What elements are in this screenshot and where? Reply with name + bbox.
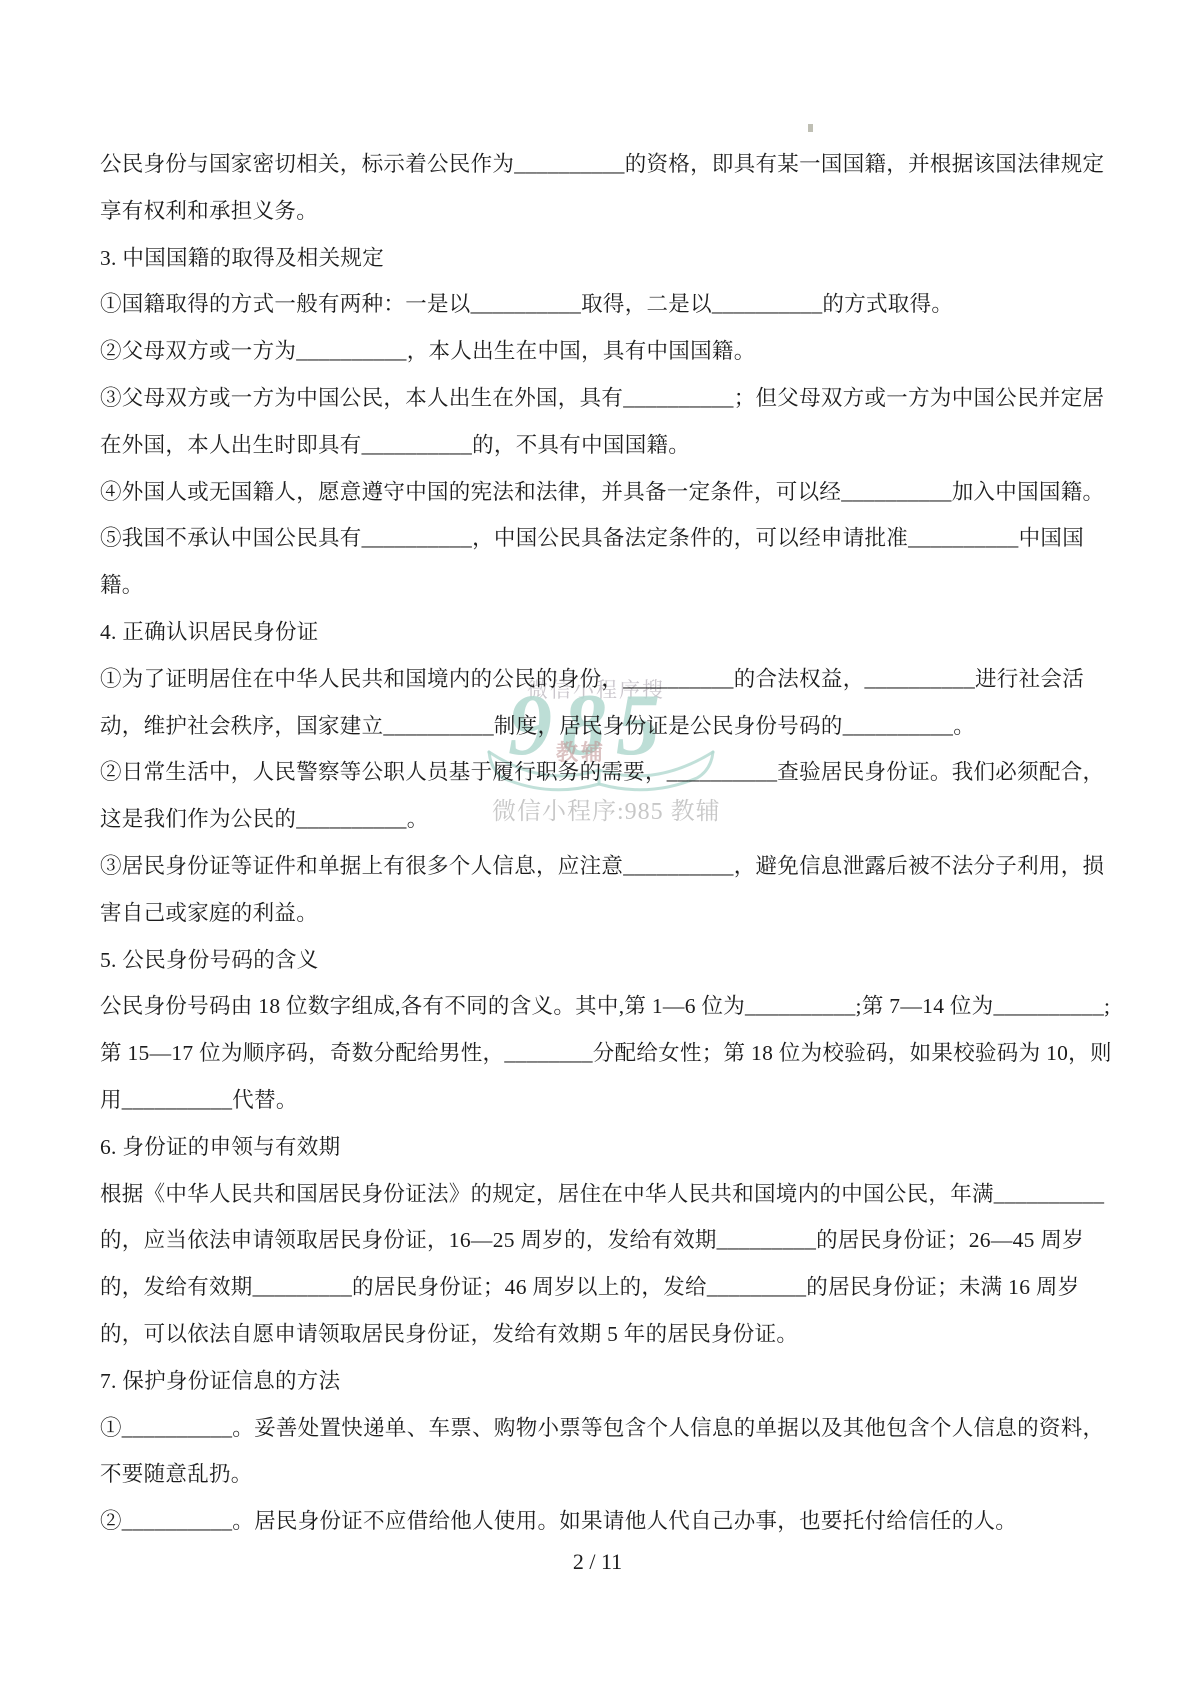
- text-line: 公民身份与国家密切相关，标示着公民作为__________的资格，即具有某一国国…: [100, 141, 1095, 188]
- text-line: 动，维护社会秩序，国家建立__________制度，居民身份证是公民身份号码的_…: [100, 703, 1095, 750]
- text-line: ③父母双方或一方为中国公民，本人出生在外国，具有__________；但父母双方…: [100, 375, 1095, 422]
- text-line: 籍。: [100, 562, 1095, 609]
- worksheet-body: 公民身份与国家密切相关，标示着公民作为__________的资格，即具有某一国国…: [100, 141, 1095, 1545]
- text-line: 不要随意乱扔。: [100, 1451, 1095, 1498]
- section-heading-7: 7. 保护身份证信息的方法: [100, 1358, 1095, 1405]
- text-line: ②__________。居民身份证不应借给他人使用。如果请他人代自己办事，也要托…: [100, 1498, 1095, 1545]
- text-line: ②父母双方或一方为__________，本人出生在中国，具有中国国籍。: [100, 328, 1095, 375]
- text-line: ②日常生活中，人民警察等公职人员基于履行职务的需要，__________查验居民…: [100, 749, 1095, 796]
- text-line: 用__________代替。: [100, 1077, 1095, 1124]
- text-line: ③居民身份证等证件和单据上有很多个人信息，应注意__________，避免信息泄…: [100, 843, 1095, 890]
- text-line: ④外国人或无国籍人，愿意遵守中国的宪法和法律，并具备一定条件，可以经______…: [100, 469, 1095, 516]
- section-heading-6: 6. 身份证的申领与有效期: [100, 1124, 1095, 1171]
- page-number: 2 / 11: [100, 1549, 1095, 1575]
- document-page: 微信小程序搜 985 教辅 微信小程序:985 教辅 公民身份与国家密切相关，标…: [0, 0, 1190, 1683]
- text-line: 在外国，本人出生时即具有__________的，不具有中国国籍。: [100, 422, 1095, 469]
- text-line: ⑤我国不承认中国公民具有__________，中国公民具备法定条件的，可以经申请…: [100, 515, 1095, 562]
- text-line: 害自己或家庭的利益。: [100, 890, 1095, 937]
- section-heading-5: 5. 公民身份号码的含义: [100, 937, 1095, 984]
- stray-speck: [808, 124, 813, 132]
- text-line: 的，发给有效期_________的居民身份证；46 周岁以上的，发给______…: [100, 1264, 1095, 1311]
- text-line: 的，应当依法申请领取居民身份证，16—25 周岁的，发给有效期_________…: [100, 1217, 1095, 1264]
- text-line: 公民身份号码由 18 位数字组成,各有不同的含义。其中,第 1—6 位为____…: [100, 983, 1095, 1030]
- text-line: 根据《中华人民共和国居民身份证法》的规定，居住在中华人民共和国境内的中国公民，年…: [100, 1171, 1095, 1218]
- text-line: 的，可以依法自愿申请领取居民身份证，发给有效期 5 年的居民身份证。: [100, 1311, 1095, 1358]
- text-line: ①为了证明居住在中华人民共和国境内的公民的身份，__________的合法权益，…: [100, 656, 1095, 703]
- text-line: ①国籍取得的方式一般有两种：一是以__________取得，二是以_______…: [100, 281, 1095, 328]
- section-heading-3: 3. 中国国籍的取得及相关规定: [100, 235, 1095, 282]
- text-line: 这是我们作为公民的__________。: [100, 796, 1095, 843]
- section-heading-4: 4. 正确认识居民身份证: [100, 609, 1095, 656]
- text-line: 享有权利和承担义务。: [100, 188, 1095, 235]
- text-line: ①__________。妥善处置快递单、车票、购物小票等包含个人信息的单据以及其…: [100, 1405, 1095, 1452]
- text-line: 第 15—17 位为顺序码，奇数分配给男性，________分配给女性；第 18…: [100, 1030, 1095, 1077]
